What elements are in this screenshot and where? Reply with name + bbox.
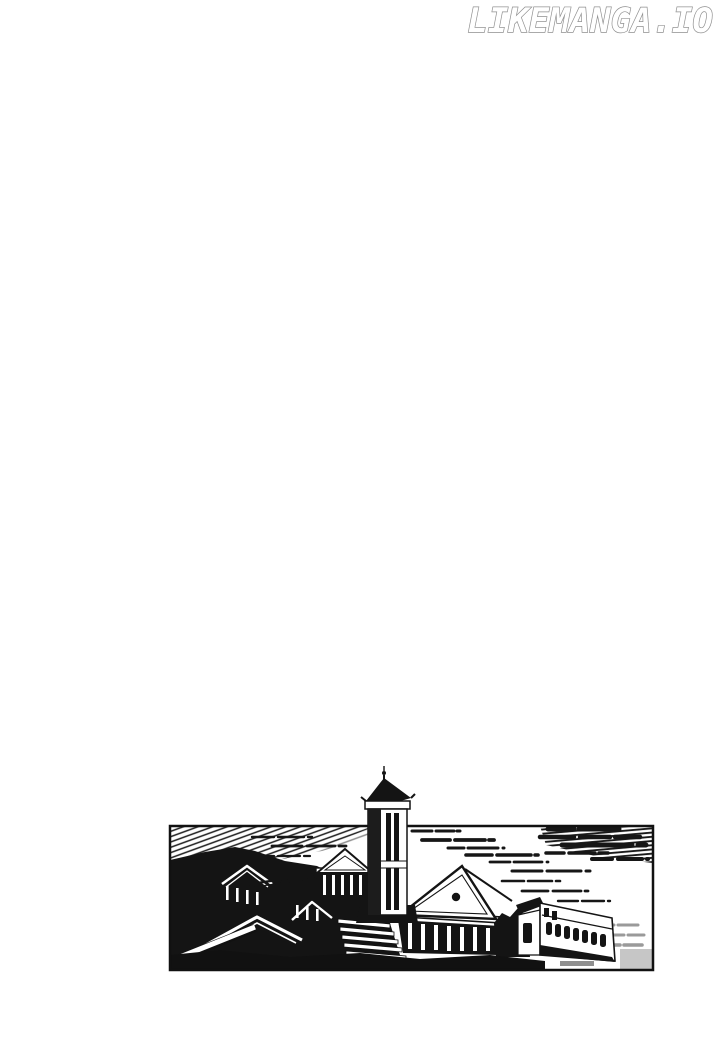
hall-door [523, 923, 532, 943]
site-watermark: LIKEMANGA.IO [430, 0, 720, 46]
corner-halftone [620, 949, 653, 969]
watermark-text: LIKEMANGA.IO [467, 1, 713, 41]
manga-panel-illustration[interactable] [160, 765, 660, 975]
manga-page: LIKEMANGA.IO [0, 0, 720, 1042]
pediment-emblem [452, 893, 460, 901]
tower-cornice [365, 801, 410, 809]
